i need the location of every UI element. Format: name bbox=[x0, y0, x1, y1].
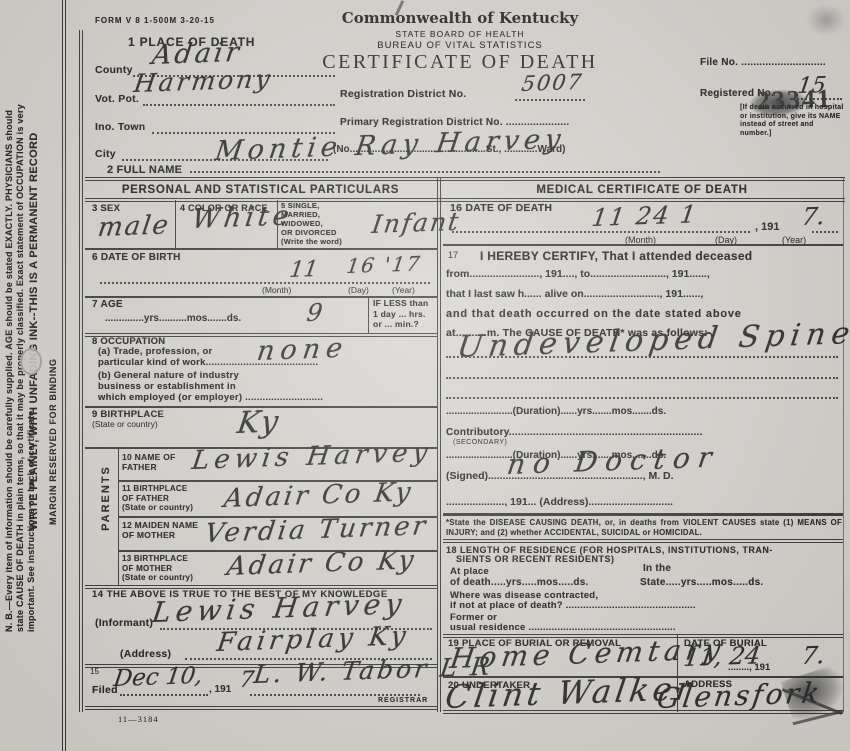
duration-line-1: ........................(Duration)......… bbox=[446, 406, 666, 417]
occupation-a1: (a) Trade, profession, or bbox=[98, 346, 212, 357]
in-the-label-1: In the bbox=[643, 563, 671, 574]
at-place-label-2: of death.....yrs.....mos.....ds. bbox=[450, 577, 589, 588]
registrar-label: REGISTRAR bbox=[378, 697, 428, 704]
file-no-label: File No. ............................ bbox=[700, 57, 826, 68]
date-of-death-year-leader bbox=[812, 231, 838, 233]
father-birthplace-label: 11 BIRTHPLACE OF FATHER (State or countr… bbox=[122, 484, 193, 513]
occupation-b3: which employed (or employer) ...........… bbox=[98, 392, 323, 403]
residence-label-2: SIENTS OR RECENT RESIDENTS) bbox=[456, 554, 615, 564]
burial-date-printed-year: ........, 191 bbox=[728, 662, 770, 673]
form-right-border bbox=[843, 177, 844, 712]
mother-birthplace-label: 13 BIRTHPLACE OF MOTHER (State or countr… bbox=[122, 554, 193, 583]
cell-divider bbox=[277, 200, 278, 248]
birthplace-sub-label: (State or country) bbox=[92, 419, 158, 429]
age-label: 7 AGE bbox=[92, 299, 123, 310]
in-the-label-2: State.....yrs.....mos.....ds. bbox=[640, 577, 763, 588]
month-caption: (Month) bbox=[262, 285, 291, 295]
form-footer-number: 11—3184 bbox=[118, 714, 159, 724]
date-of-birth-month-value: 11 bbox=[288, 257, 320, 283]
date-of-birth-label: 6 DATE OF BIRTH bbox=[92, 252, 181, 263]
column-bottom-rule bbox=[85, 706, 437, 710]
mother-birthplace-value: Adair Co Ky bbox=[225, 545, 418, 582]
year-caption: (Year) bbox=[392, 285, 415, 295]
registration-district-value: 5007 bbox=[520, 70, 585, 96]
margin-note-write-plainly: WRITE PLAINLY, WITH UNFADING INK--THIS I… bbox=[28, 106, 40, 530]
mother-maiden-label: 12 MAIDEN NAME OF MOTHER bbox=[122, 520, 198, 540]
certify-line1: I HEREBY CERTIFY, That I attended deceas… bbox=[480, 249, 752, 263]
personal-section-title: PERSONAL AND STATISTICAL PARTICULARS bbox=[88, 184, 433, 196]
filed-section-number: 15 bbox=[90, 667, 99, 676]
disease-contracted-label-2: if not at place of death? ..............… bbox=[450, 600, 696, 611]
at-place-label-1: At place bbox=[450, 566, 489, 577]
certify-line3: that I last saw h...... alive on........… bbox=[446, 288, 703, 300]
row-rule bbox=[443, 244, 843, 246]
signed-address-line: ...................., 191... (Address)..… bbox=[446, 496, 673, 508]
inc-town-label: Ino. Town bbox=[95, 121, 145, 133]
secondary-caption: (SECONDARY) bbox=[453, 439, 507, 446]
column-divider bbox=[437, 177, 441, 712]
full-name-label: 2 FULL NAME bbox=[107, 164, 182, 176]
row-rule bbox=[443, 539, 843, 543]
father-birthplace-value: Adair Co Ky bbox=[222, 477, 415, 514]
bureau-subtitle: BUREAU OF VITAL STATISTICS bbox=[320, 40, 600, 51]
filed-printed-year: , 191 bbox=[209, 684, 231, 695]
city-label: City bbox=[95, 148, 116, 160]
date-of-death-label: 16 DATE OF DEATH bbox=[450, 202, 552, 214]
section-top-rule bbox=[85, 177, 845, 181]
column-bottom-rule bbox=[443, 710, 843, 714]
date-of-death-value: 11 24 1 bbox=[590, 200, 700, 232]
date-of-death-year-value: 7. bbox=[800, 202, 827, 231]
vot-pot-leader bbox=[143, 104, 335, 106]
form-number: FORM V 8 1-500M 3-20-15 bbox=[95, 16, 215, 25]
full-name-leader bbox=[190, 171, 660, 173]
day-caption: (Day) bbox=[348, 285, 369, 295]
cell-divider bbox=[175, 200, 176, 248]
informant-label: (Informant) bbox=[95, 617, 153, 629]
informant-address-label: (Address) bbox=[120, 648, 171, 660]
marital-value: Infant bbox=[370, 207, 462, 239]
hospital-note: [If death occurred in hospital or instit… bbox=[740, 104, 844, 138]
fine-print-note: *State the DISEASE CAUSING DEATH, or, in… bbox=[446, 518, 842, 537]
cell-divider bbox=[368, 296, 369, 333]
county-label: County bbox=[95, 64, 133, 76]
vot-pot-value: Harmony bbox=[132, 64, 275, 98]
parents-group-label: PARENTS bbox=[100, 448, 112, 548]
date-of-birth-day-year-value: 16 '17 bbox=[345, 251, 423, 278]
occupation-b1: (b) General nature of industry bbox=[98, 370, 239, 381]
death-certificate-document: N. B.—Every item of information should b… bbox=[0, 0, 850, 751]
age-days-value: 9 bbox=[305, 298, 324, 327]
contributory-line: Contributory............................… bbox=[446, 427, 703, 438]
age-line: ..............yrs..........mos.......ds. bbox=[105, 313, 241, 324]
filed-date-value: Dec 10, bbox=[112, 663, 204, 692]
marital-label: 5 SINGLE, MARRIED, WIDOWED, OR DIVORCED … bbox=[281, 201, 342, 246]
registration-district-label: Registration District No. bbox=[340, 88, 466, 100]
row-rule bbox=[85, 248, 437, 250]
registrar-leader bbox=[250, 694, 420, 696]
margin-blotch bbox=[20, 348, 42, 375]
if-less-label: IF LESS than 1 day ... hrs. or ... min.? bbox=[373, 298, 428, 330]
date-of-death-printed-year: , 191 bbox=[755, 221, 779, 233]
cause-leader-2 bbox=[446, 377, 838, 379]
father-name-value: Lewis Harvey bbox=[190, 437, 434, 476]
burial-date-year-value: 7. bbox=[800, 641, 827, 670]
race-value: White bbox=[190, 200, 295, 235]
birthplace-value: Ky bbox=[235, 404, 283, 441]
date-of-birth-leader bbox=[100, 282, 430, 284]
former-residence-label-2: usual residence ........................… bbox=[450, 622, 676, 633]
signed-value: no Doctor bbox=[505, 440, 722, 481]
sex-value: male bbox=[96, 210, 172, 243]
certify-section-number: 17 bbox=[448, 250, 458, 260]
certify-line2: from........................, 191...., t… bbox=[446, 268, 710, 280]
registration-district-leader bbox=[515, 99, 585, 101]
cause-leader-3 bbox=[446, 397, 838, 399]
margin-divider-line bbox=[62, 0, 66, 751]
form-left-border bbox=[79, 30, 83, 712]
certify-line4: and that death occurred on the date stat… bbox=[446, 308, 742, 320]
medical-section-title: MEDICAL CERTIFICATE OF DEATH bbox=[443, 184, 841, 196]
occupation-b2: business or establishment in bbox=[98, 381, 236, 392]
commonwealth-title: Commonwealth of Kentucky bbox=[320, 9, 600, 27]
full-name-value: Montie Ray Harvey bbox=[213, 124, 567, 167]
cause-leader-1 bbox=[446, 356, 838, 358]
informant-address-value: Fairplay Ky bbox=[215, 621, 412, 658]
father-name-label: 10 NAME OF FATHER bbox=[122, 452, 176, 472]
corner-smudge bbox=[806, 4, 846, 36]
state-board-subtitle: STATE BOARD OF HEALTH bbox=[320, 29, 600, 39]
margin-note-binding: MARGIN RESERVED FOR BINDING bbox=[48, 225, 58, 525]
filed-leader bbox=[120, 694, 208, 696]
occupation-value: none bbox=[255, 333, 350, 367]
heavy-rule bbox=[443, 513, 843, 516]
